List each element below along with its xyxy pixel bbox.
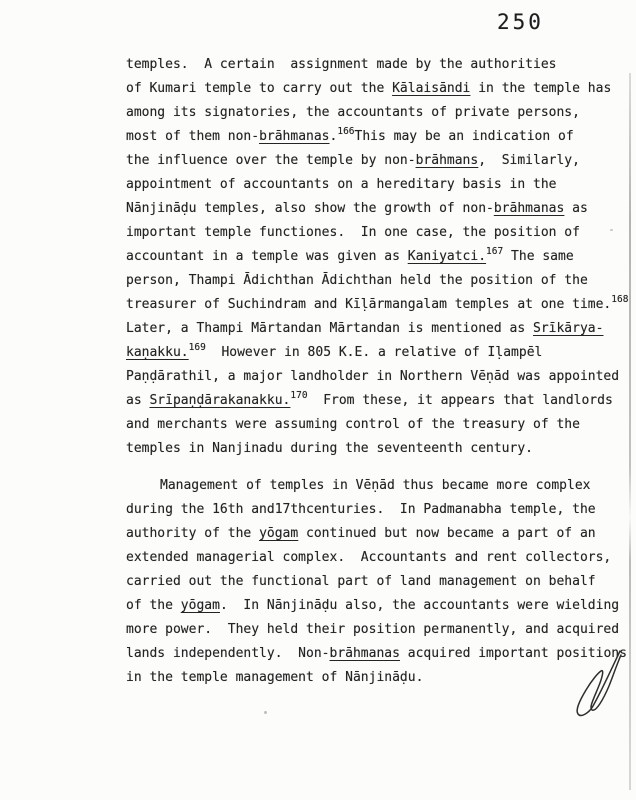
text-run: . In Nānjināḍu also, the accountants wer…: [220, 598, 619, 613]
text-line: Management of temples in Vēṇād thus beca…: [126, 474, 631, 498]
underlined-term: brāhmanas: [494, 201, 564, 216]
text-run: among its signatories, the accountants o…: [126, 105, 580, 120]
text-line: appointment of accountants on a heredita…: [126, 173, 631, 197]
text-run: From these, it appears that landlords: [308, 393, 613, 408]
text-line: most of them non-brāhmanas.166This may b…: [126, 125, 631, 149]
text-run: temples. A certain assignment made by th…: [126, 57, 556, 72]
page-number: 250: [497, 10, 544, 34]
text-run: in the temple management of Nānjināḍu.: [126, 670, 423, 685]
text-run: as: [564, 201, 587, 216]
text-line: extended managerial complex. Accountants…: [126, 546, 631, 570]
text-run: during the 16th and17thcenturies. In Pad…: [126, 502, 596, 517]
text-run: Management of temples in Vēṇād thus beca…: [160, 478, 590, 493]
text-run: Paṇḍārathil, a major landholder in North…: [126, 369, 619, 384]
text-run: appointment of accountants on a heredita…: [126, 177, 556, 192]
text-line: in the temple management of Nānjināḍu.: [126, 666, 631, 690]
footnote-ref: 168: [611, 294, 628, 305]
text-run: Later, a Thampi Mārtandan Mārtandan is m…: [126, 321, 533, 336]
text-line: important temple functiones. In one case…: [126, 221, 631, 245]
text-line: of the yōgam. In Nānjināḍu also, the acc…: [126, 594, 631, 618]
text-line: accountant in a temple was given as Kani…: [126, 245, 631, 269]
text-line: more power. They held their position per…: [126, 618, 631, 642]
text-run: accountant in a temple was given as: [126, 249, 408, 264]
text-line: treasurer of Suchindram and Kīḷārmangala…: [126, 293, 631, 317]
text-line: as Srīpaṇḍārakanakku.170 From these, it …: [126, 389, 631, 413]
text-run: However in 805 K.E. a relative of Iḷampē…: [206, 345, 543, 360]
text-run: treasurer of Suchindram and Kīḷārmangala…: [126, 297, 611, 312]
text-line: authority of the yōgam continued but now…: [126, 522, 631, 546]
footnote-ref: 166: [337, 126, 354, 137]
underlined-term: brāhmanas: [259, 129, 329, 144]
underlined-term: yōgam: [259, 526, 298, 541]
text-line: the influence over the temple by non-brā…: [126, 149, 631, 173]
underlined-term: Srīpaṇḍārakanakku.: [149, 393, 290, 408]
underlined-term: Kālaisāndi: [392, 81, 470, 96]
underlined-term: yōgam: [181, 598, 220, 613]
text-run: person, Thampi Ādichthan Ādichthan held …: [126, 273, 588, 288]
text-run: more power. They held their position per…: [126, 622, 619, 637]
text-run: as: [126, 393, 149, 408]
text-line: among its signatories, the accountants o…: [126, 101, 631, 125]
scan-speck: [264, 711, 267, 714]
text-run: carried out the functional part of land …: [126, 574, 596, 589]
text-run: most of them non-: [126, 129, 259, 144]
text-run: Nānjināḍu temples, also show the growth …: [126, 201, 494, 216]
text-run: important temple functiones. In one case…: [126, 225, 580, 240]
text-run: and merchants were assuming control of t…: [126, 417, 580, 432]
underlined-term: Srīkārya-: [533, 321, 603, 336]
text-line: carried out the functional part of land …: [126, 570, 631, 594]
underlined-term: Kaniyatci.: [408, 249, 486, 264]
underlined-term: brāhmans: [416, 153, 479, 168]
scan-artifact-line: [629, 73, 631, 790]
text-line: person, Thampi Ādichthan Ādichthan held …: [126, 269, 631, 293]
paragraph: Management of temples in Vēṇād thus beca…: [126, 474, 631, 690]
text-line: and merchants were assuming control of t…: [126, 413, 631, 437]
scanned-document-page: 250 temples. A certain assignment made b…: [0, 0, 636, 800]
text-run: This may be an indication of: [355, 129, 574, 144]
text-line: temples. A certain assignment made by th…: [126, 53, 631, 77]
text-line: Nānjināḍu temples, also show the growth …: [126, 197, 631, 221]
text-line: Later, a Thampi Mārtandan Mārtandan is m…: [126, 317, 631, 341]
underlined-term: kaṇakku.: [126, 345, 189, 360]
text-line: lands independently. Non-brāhmanas acqui…: [126, 642, 631, 666]
scan-speck: [610, 229, 613, 231]
text-run: the influence over the temple by non-: [126, 153, 416, 168]
text-run: The same: [503, 249, 573, 264]
text-run: lands independently. Non-: [126, 646, 330, 661]
text-line: during the 16th and17thcenturies. In Pad…: [126, 498, 631, 522]
paragraph: temples. A certain assignment made by th…: [126, 53, 631, 461]
text-line: temples in Nanjinadu during the seventee…: [126, 437, 631, 461]
footnote-ref: 167: [486, 246, 503, 257]
handwritten-flourish-mark: [566, 648, 626, 726]
text-run: continued but now became a part of an: [298, 526, 595, 541]
text-line: kaṇakku.169 However in 805 K.E. a relati…: [126, 341, 631, 365]
text-body: temples. A certain assignment made by th…: [126, 53, 631, 690]
text-run: , Similarly,: [478, 153, 580, 168]
underlined-term: brāhmanas: [330, 646, 400, 661]
footnote-ref: 170: [290, 390, 307, 401]
text-run: of the: [126, 598, 181, 613]
text-run: in the temple has: [470, 81, 611, 96]
text-run: extended managerial complex. Accountants…: [126, 550, 611, 565]
text-run: of Kumari temple to carry out the: [126, 81, 392, 96]
text-line: of Kumari temple to carry out the Kālais…: [126, 77, 631, 101]
text-run: temples in Nanjinadu during the seventee…: [126, 441, 533, 456]
text-run: authority of the: [126, 526, 259, 541]
footnote-ref: 169: [189, 342, 206, 353]
text-line: Paṇḍārathil, a major landholder in North…: [126, 365, 631, 389]
